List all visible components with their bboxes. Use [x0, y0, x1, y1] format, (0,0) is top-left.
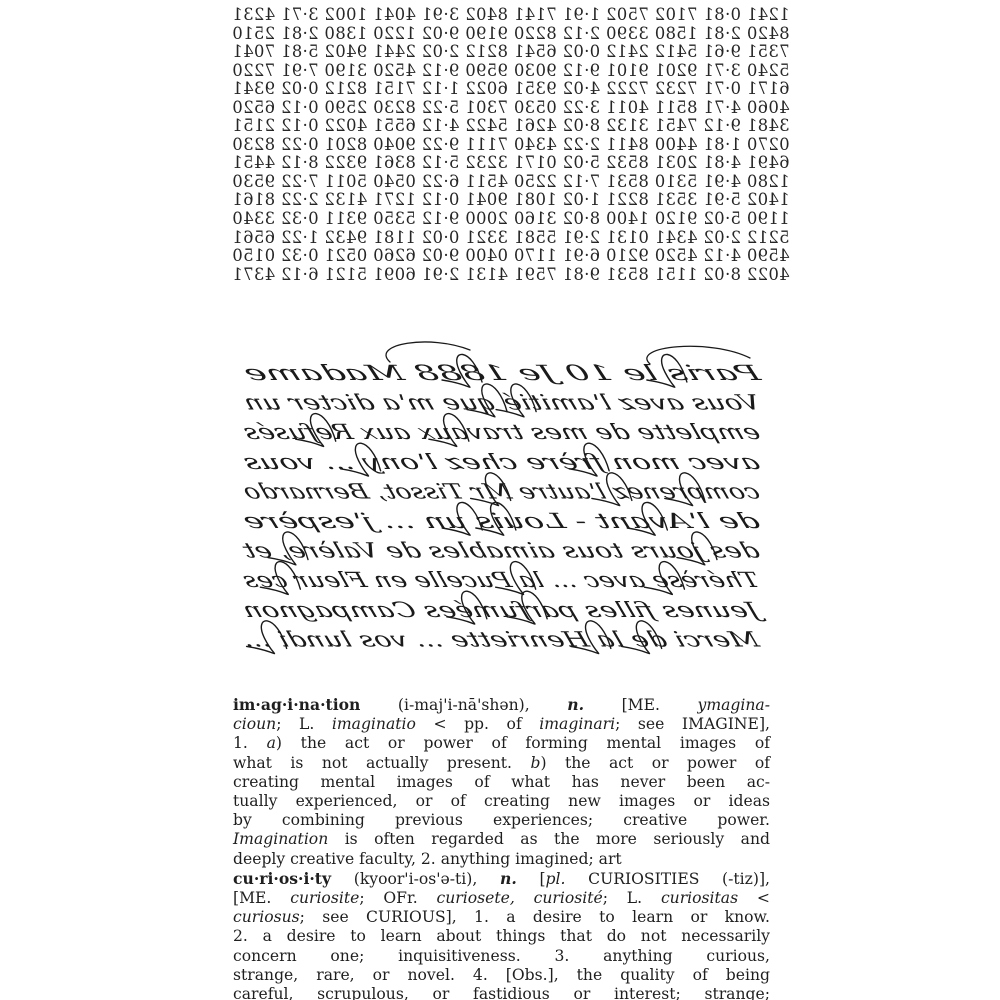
handwriting-line: emplette de mes travaux aux Refusés: [240, 421, 763, 445]
dictionary-line: im·ag·i·na·tion (i-maj'i-nā'shən), n. [M…: [233, 695, 770, 715]
dictionary-line: careful, scrupulous, or fastidious or in…: [233, 985, 770, 1000]
handwriting-line: Vous avez l'amitié que m'a dicter un: [241, 391, 764, 415]
dictionary-line: by combining previous experiences; creat…: [233, 811, 770, 830]
handwritten-script-block: Paris le 10 Je 1888 MadameVous avez l'am…: [235, 340, 770, 660]
number-row: 0328 22·0 1028 0409 22·9 1117 0434 22·2 …: [232, 136, 770, 155]
dictionary-line: curiosus; see CURIOUS], 1. a desire to l…: [233, 908, 770, 927]
number-row: 1512 21·0 2204 1556 21·4 2245 1624 20·8 …: [232, 117, 770, 136]
dictionary-line: what is not actually present. b) the act…: [233, 754, 770, 773]
handwriting-line: de l'Avant - Louis un ... j'espère: [240, 509, 763, 533]
dictionary-line: deeply creative faculty, 2. anything ima…: [233, 850, 770, 869]
dictionary-line: concern one; inquisitiveness. 3. anythin…: [233, 947, 770, 966]
number-row: 1324 17·3 2001 1404 19·3 2048 1417 19·1 …: [232, 6, 770, 25]
dictionary-line: cu·ri·os·i·ty (kyoor'i-os'ə-ti), n. [pl.…: [233, 869, 770, 889]
handwriting-line: des jours tous aimables de Valère, et: [239, 539, 762, 563]
number-row: 0152 18·2 0831 0221 20·9 0919 0228 21·2 …: [232, 25, 770, 44]
number-row: 1656 22·1 2349 1811 20·0 1233 1855 19·2 …: [232, 229, 770, 248]
number-row: 0359 22·7 1105 0450 22·6 1154 0522 21·7 …: [232, 173, 770, 192]
dictionary-line: strange, rare, or novel. 4. [Obs.], the …: [233, 966, 770, 985]
number-row: 1407 18·5 2049 1442 20·2 2128 1456 20·0 …: [232, 43, 770, 62]
cursive-handwriting: Paris le 10 Je 1888 MadameVous avez l'am…: [235, 340, 770, 660]
dictionary-line: tually experienced, or of creating new i…: [233, 792, 770, 811]
number-row: 0433 23·0 1139 0535 21·9 0002 0613 20·8 …: [232, 210, 770, 229]
number-row: 0256 21·0 0952 0328 22·5 1037 0350 22·3 …: [232, 99, 770, 118]
number-row: 1544 21·8 2239 1638 21·5 2323 1710 20·5 …: [232, 154, 770, 173]
number-row: 0227 19·7 0913 0254 21·9 0959 0309 21·9 …: [232, 62, 770, 81]
dictionary-line: 2. a desire to learn about things that d…: [233, 927, 770, 946]
handwriting-line: Merci de la Henriette ... vos lundi ...: [239, 628, 763, 652]
number-row: 1618 22·2 2314 1721 21·0 1409 1801 20·1 …: [232, 191, 770, 210]
dictionary-entries: im·ag·i·na·tion (i-maj'i-nā'shən), n. [M…: [233, 695, 770, 1000]
dictionary-line: creating mental images of what has never…: [233, 773, 770, 792]
dictionary-line: [ME. curiosite; OFr. curiosete, curiosit…: [233, 889, 770, 908]
number-row: 1439 20·0 2128 1517 21·1 2206 1539 20·4 …: [232, 80, 770, 99]
number-row: 0510 23·0 1250 0626 20·9 0040 0711 19·6 …: [232, 247, 770, 266]
number-table: 1324 17·3 2001 1404 19·3 2048 1417 19·1 …: [232, 6, 770, 284]
dictionary-line: 1. a) the act or power of forming mental…: [233, 734, 770, 753]
handwriting-line: Jeunes filles parfumées Campagnon: [240, 598, 768, 622]
handwriting-line: avec mon frère chez l'ony ... vous: [240, 450, 763, 474]
handwriting-line: comprenez l'autre Mr Tissot, Bernardo: [240, 480, 763, 504]
dictionary-line: cioun; L. imaginatio < pp. of imaginari;…: [233, 715, 770, 734]
dictionary-line: Imagination is often regarded as the mor…: [233, 830, 770, 849]
number-row: 1734 21·6 1215 1906 19·2 1314 1957 18·9 …: [232, 266, 770, 285]
